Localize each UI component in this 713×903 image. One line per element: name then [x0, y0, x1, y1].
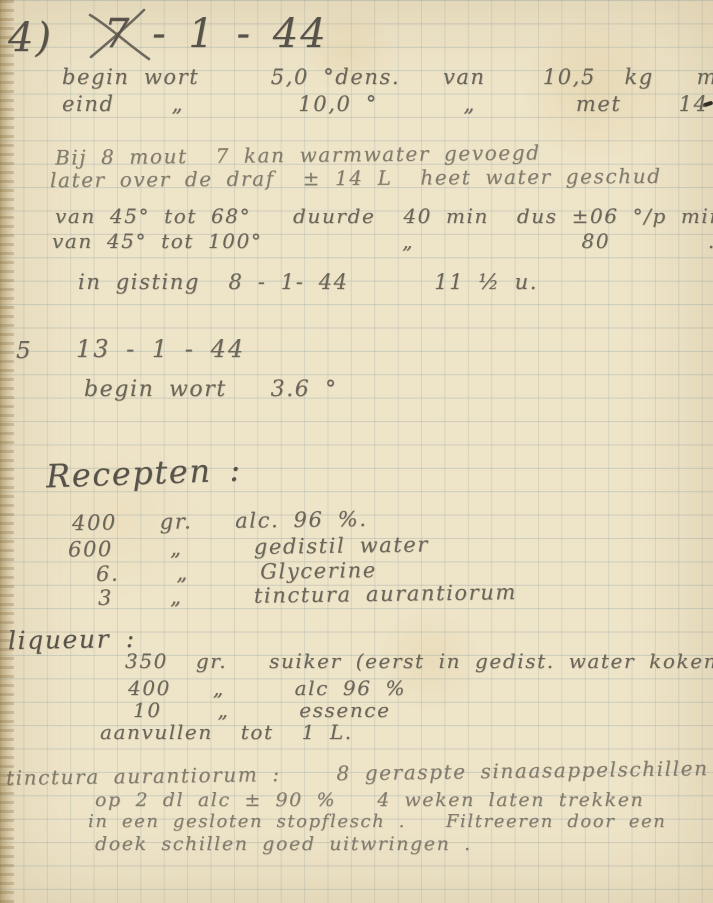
handwritten-line: op 2 dl alc ± 90 % 4 weken laten trekken	[95, 790, 644, 811]
handwritten-line: begin wort 3.6 °	[84, 378, 338, 402]
recipe-item: 400 „ alc 96 %	[128, 677, 406, 699]
notebook-page: 4) 7 - 1 - 44 begin wort 5,0 °dens. van …	[0, 0, 713, 903]
section-heading-liqueur: liqueur :	[8, 625, 136, 655]
page-number: 4)	[8, 16, 53, 60]
handwritten-line: eind „ 10,0 ° „ met 14 „ inc.	[62, 93, 713, 116]
handwritten-line: in gisting 8 - 1- 44 11 ½ u.	[78, 271, 538, 294]
entry-date: 13 - 1 - 44	[76, 336, 245, 362]
recipe-item: 3 „ tinctura aurantiorum	[98, 581, 517, 610]
entry-date-header: 7 - 1 - 44	[104, 12, 328, 56]
tinctura-heading-line: tinctura aurantiorum : 8 geraspte sinaas…	[6, 757, 709, 789]
handwritten-line: in een gesloten stopflesch . Filtreeren …	[88, 812, 666, 832]
recipe-item: 10 „ essence	[133, 699, 391, 721]
handwritten-line: van 45° tot 100° „ 80 .	[52, 230, 713, 252]
recipe-item: aanvullen tot 1 L.	[100, 721, 353, 743]
recipe-item: 400 gr. alc. 96 %.	[72, 508, 368, 535]
handwritten-line: doek schillen goed uitwringen .	[95, 834, 472, 855]
section-heading-recepten: Recepten :	[45, 453, 242, 495]
handwritten-line: van 45° tot 68° duurde 40 min dus ±06 °/…	[55, 205, 713, 227]
handwritten-line: later over de draf ± 14 L heet water ges…	[50, 165, 662, 191]
handwritten-line: begin wort 5,0 °dens. van 10,5 kg mout	[62, 66, 713, 89]
margin-number: 5	[16, 339, 32, 364]
recipe-item: 350 gr. suiker (eerst in gedist. water k…	[125, 650, 713, 672]
